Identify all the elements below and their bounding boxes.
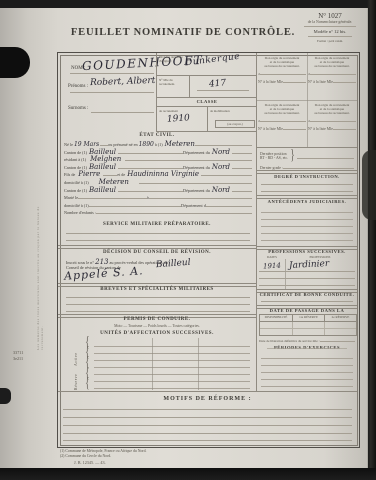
recruitment-block-4: Don régle du recrutement et de la statis…	[308, 103, 356, 131]
professions-col-dates: DATES	[259, 255, 285, 259]
antecedents-heading: ANTÉCÉDENTS JUDICIAIRES.	[257, 199, 357, 204]
footnote-2: (2) Commune du Cercle du Nord.	[60, 454, 111, 458]
ec-row-residence: résidant à (1)Melghen	[64, 155, 252, 163]
recruitment-block-1: Don régle du recrutement et de la statis…	[258, 56, 306, 84]
margin-mark-2: 3e211	[13, 356, 23, 361]
permis-heading: PERMIS DE CONDUIRE.	[62, 317, 252, 322]
classe-recr-label: de recrutement	[159, 109, 178, 113]
certificat-heading: CERTIFICAT DE BONNE CONDUITE.	[257, 292, 357, 297]
brevets-heading: BREVETS ET SPÉCIALITÉS MILITAIRES	[62, 287, 252, 292]
scanned-form-photo: FEUILLET NOMINATIF DE CONTRÔLE. N° 1027 …	[0, 0, 376, 480]
prenoms-value: Robert, Albert	[90, 76, 156, 88]
bottom-stripe	[0, 471, 376, 475]
classe-mob-note: (au crayon.)	[215, 120, 255, 128]
margin-mark-1: 33711	[13, 350, 23, 355]
passage-table: DISPONIBILITÉ 1re RÉSERVE 2e RÉSERVE	[259, 314, 357, 336]
numero-label: N° Mle du recrutement.	[159, 79, 189, 87]
passage-col1: DISPONIBILITÉ	[260, 315, 293, 321]
passage-col3: 2e RÉSERVE	[325, 315, 356, 321]
ec-row-parents: Fils dePierre et deHaudininna Virginie	[64, 170, 252, 178]
decision-canton: Bailleul	[156, 258, 191, 270]
ref-format: Format : petit raisin.	[298, 39, 362, 43]
classe-recr-value: 1910	[167, 113, 191, 125]
passage-heading: DATE DE PASSAGE DANS LA	[257, 308, 357, 313]
etat-civil-rows: Né le19 Mars ou présumé né en1890 à (1)M…	[64, 140, 252, 216]
footnote-1: (1) Commune de Métropole, France ou Afri…	[60, 449, 146, 453]
degre-heading: DEGRÉ D'INSTRUCTION.	[257, 174, 357, 179]
ec-row-domicile2: domicilié à (1) Département d	[64, 201, 252, 209]
reference-block: N° 1027 de la Nomenclature générale. Mod…	[298, 12, 362, 43]
ref-sub: de la Nomenclature générale.	[298, 20, 362, 24]
derniere-position: Dernière position RT - RD - AS, etc. }	[260, 151, 354, 161]
ec-row-domicile: domicilié à (1)Meteren	[64, 178, 252, 186]
permis-subtitle: Moto — Tourisme — Poids lourds — Toutes …	[62, 324, 252, 328]
etat-civil-heading: ÉTAT CIVIL.	[62, 133, 252, 138]
classe-mob-label: de mobilisation	[210, 109, 230, 113]
printer-imprint: J. B. 12345. — 43.	[74, 460, 106, 465]
prenoms-label: Prénoms :	[68, 84, 88, 89]
hole-punch	[0, 47, 30, 78]
professions-heading: PROFESSIONS SUCCESSIVES.	[257, 249, 357, 254]
edge-mark	[0, 388, 11, 404]
photo-right-blob	[362, 150, 376, 220]
origin-classe-box: Division régionale d'origine : Dunkerque…	[156, 53, 257, 132]
motifs-heading: MOTIFS DE RÉFORME :	[58, 396, 357, 402]
dernier-grade: Dernier grade :	[260, 163, 354, 170]
unites-active-label: Active	[74, 340, 78, 366]
margin-vertical-note: Les numéros des listes matricules sont i…	[36, 190, 44, 350]
liberation-line: Date de libération définitive du service…	[259, 338, 355, 343]
ec-row-canton1: Canton de (1)Bailleul Département duNord	[64, 148, 252, 156]
ref-number: N° 1027	[298, 12, 362, 20]
unites-reserve-label: Réserve	[74, 368, 78, 390]
unites-table: Active Réserve { { { { {	[58, 338, 256, 390]
unites-heading: UNITÉS D'AFFECTATION SUCCESSIVES.	[62, 331, 252, 336]
motifs-section: MOTIFS DE RÉFORME :	[58, 391, 357, 447]
passage-col2: 1re RÉSERVE	[293, 315, 325, 321]
form-box: NOM : GOUDENHOOFT Prénoms : Robert, Albe…	[57, 52, 360, 448]
surnoms-label: Surnoms :	[68, 106, 88, 111]
decision-heading: DÉCISION DU CONSEIL DE RÉVISION.	[62, 250, 252, 255]
recruitment-block-2: Don régle du recrutement et de la statis…	[308, 56, 356, 84]
photo-top-band	[0, 0, 376, 8]
left-column: NOM : GOUDENHOOFT Prénoms : Robert, Albe…	[58, 53, 256, 391]
ref-model: Modèle n° 12 bis.	[298, 29, 362, 34]
classe-label: CLASSE	[157, 99, 257, 104]
ec-row-children: Nombre d'enfants :	[64, 208, 252, 216]
profession-date-value: 1914	[263, 262, 281, 271]
ec-row-canton3: Canton de (1)Bailleul Département duNord	[64, 186, 252, 194]
ec-row-birth: Né le19 Mars ou présumé né en1890 à (1)M…	[64, 140, 252, 148]
recruitment-block-3: Don régle du recrutement et de la statis…	[258, 103, 306, 131]
smp-heading: SERVICE MILITAIRE PRÉPARATOIRE.	[62, 222, 252, 227]
division-value: Dunkerque	[185, 52, 241, 69]
professions-table: DATES PROFESSIONS 1914 Jardinier	[259, 255, 355, 259]
numero-value: 417	[209, 78, 227, 89]
photo-bottom-band	[0, 468, 376, 480]
right-column: Don régle du recrutement et de la statis…	[257, 53, 357, 391]
ec-row-marriage: Marié le à	[64, 193, 252, 201]
form-title: FEUILLET NOMINATIF DE CONTRÔLE.	[70, 27, 296, 38]
profession-value: Jardinier	[289, 259, 330, 271]
ec-row-canton2: Canton de (1)Bailleul Département duNord	[64, 163, 252, 171]
photo-right-edge	[367, 0, 376, 480]
